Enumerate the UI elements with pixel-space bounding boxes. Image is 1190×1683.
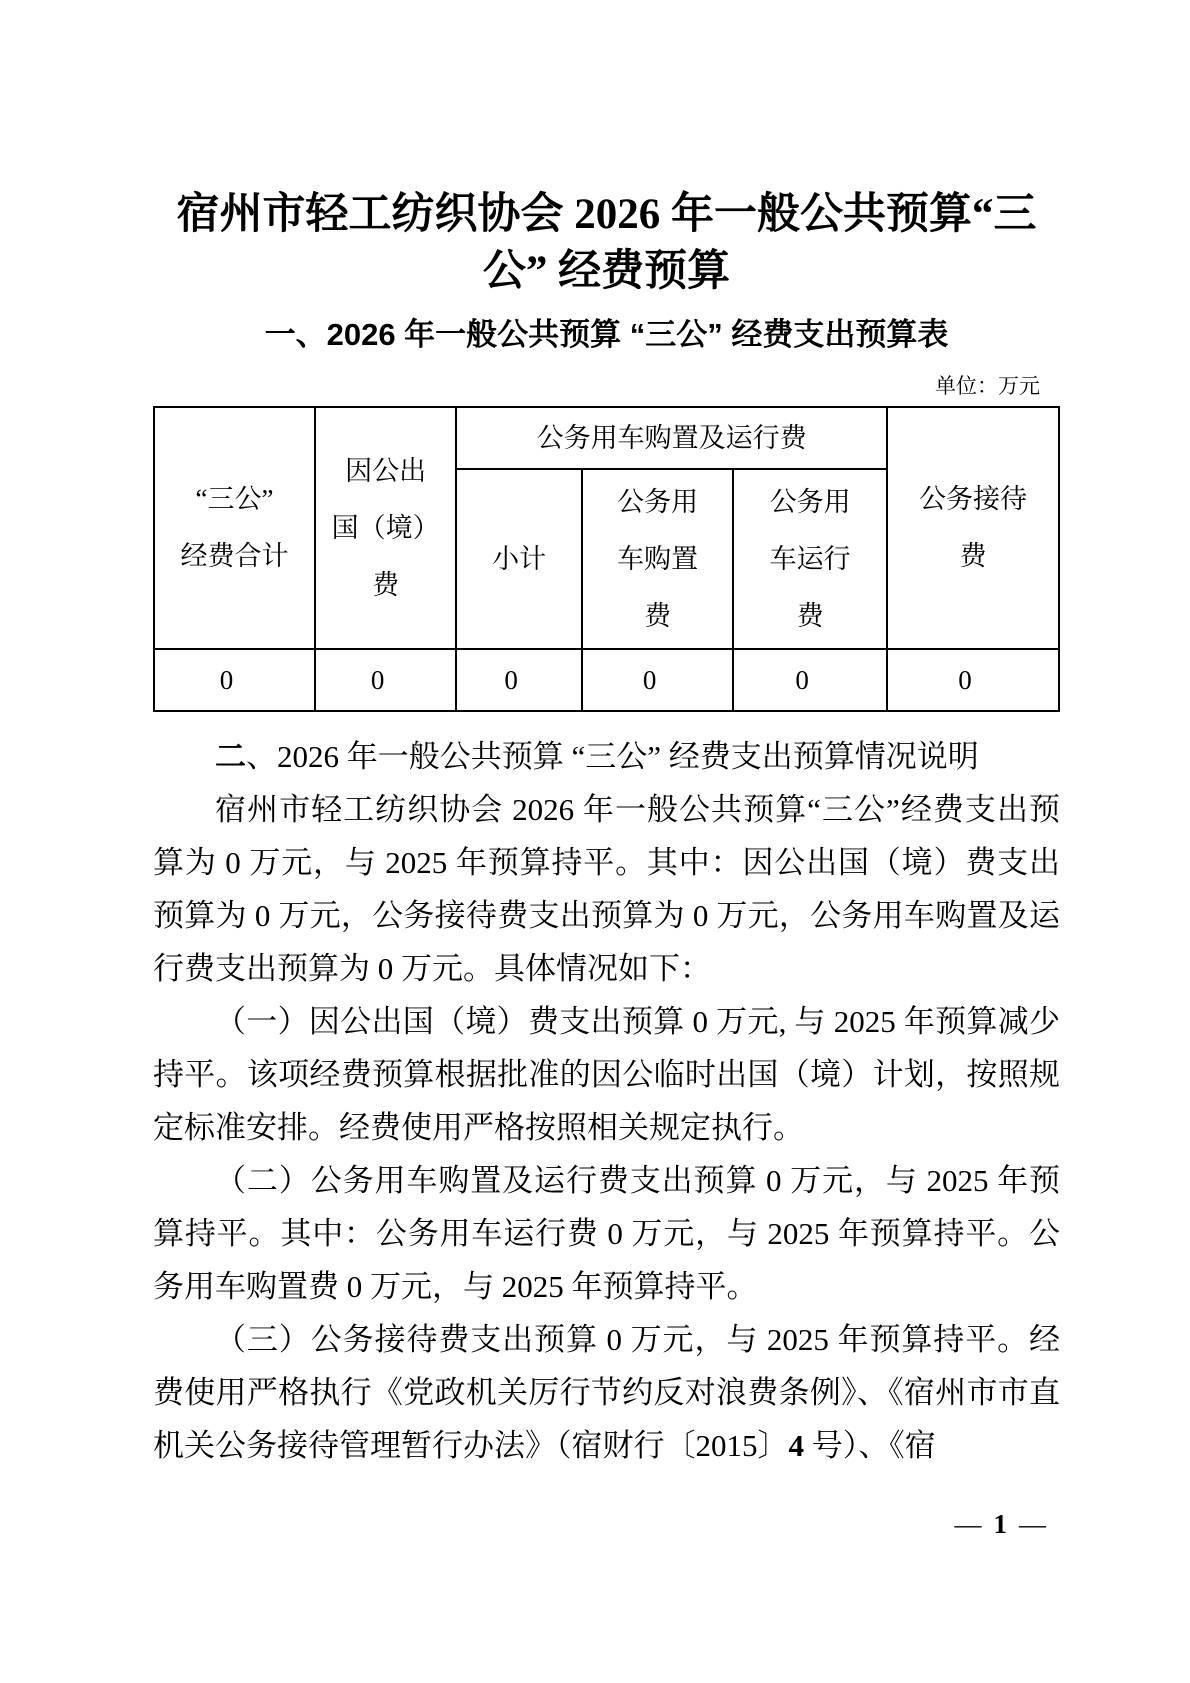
section-1-heading: 一、2026 年一般公共预算 “三公” 经费支出预算表	[153, 314, 1060, 356]
paragraph-4-doc-number: 4	[789, 1428, 805, 1463]
value-reception-fee: 0	[887, 649, 1059, 711]
page-number-right-dash: —	[1019, 1509, 1046, 1539]
value-subtotal: 0	[456, 649, 582, 711]
paragraph-4: （三）公务接待费支出预算 0 万元，与 2025 年预算持平。经费使用严格执行《…	[153, 1313, 1060, 1472]
title-line-1: 宿州市轻工纺织协会 2026 年一般公共预算“三	[177, 191, 1037, 238]
page-number: —1—	[153, 1508, 1060, 1540]
section-2-heading-text: 、2026 年一般公共预算 “三公” 经费支出预算情况说明	[246, 739, 979, 774]
header-reception-fee: 公务接待费	[887, 407, 1059, 649]
paragraph-3: （二）公务用车购置及运行费支出预算 0 万元，与 2025 年预算持平。其中：公…	[153, 1154, 1060, 1313]
section-2-number: 二	[215, 739, 246, 774]
value-vehicle-purchase: 0	[582, 649, 733, 711]
paragraph-1: 宿州市轻工纺织协会 2026 年一般公共预算“三公”经费支出预算为 0 万元，与…	[153, 783, 1060, 995]
header-vehicle-group: 公务用车购置及运行费	[456, 407, 887, 469]
budget-table: “三公”经费合计 因公出国（境）费 公务用车购置及运行费 公务接待费 小计 公务…	[153, 406, 1060, 712]
document-page: 宿州市轻工纺织协会 2026 年一般公共预算“三 公” 经费预算 一、2026 …	[0, 0, 1190, 1683]
table-data-row: 0 0 0 0 0 0	[154, 649, 1059, 711]
page-number-left-dash: —	[955, 1509, 982, 1539]
value-sangong-total: 0	[154, 649, 315, 711]
header-sangong-total: “三公”经费合计	[154, 407, 315, 649]
unit-label: 单位：万元	[153, 372, 1060, 400]
title-line-2: 公” 经费预算	[483, 248, 730, 295]
page-number-value: 1	[994, 1509, 1008, 1539]
value-vehicle-operation: 0	[733, 649, 887, 711]
value-abroad-fee: 0	[315, 649, 456, 711]
paragraph-2: （一）因公出国（境）费支出预算 0 万元, 与 2025 年预算减少持平。该项经…	[153, 995, 1060, 1154]
header-abroad-fee: 因公出国（境）费	[315, 407, 456, 649]
header-subtotal: 小计	[456, 469, 582, 649]
paragraph-4-text-end: 号）、《宿	[804, 1428, 936, 1463]
document-title: 宿州市轻工纺织协会 2026 年一般公共预算“三 公” 经费预算	[153, 0, 1060, 300]
table-header-row-1: “三公”经费合计 因公出国（境）费 公务用车购置及运行费 公务接待费	[154, 407, 1059, 469]
section-2-heading: 二、2026 年一般公共预算 “三公” 经费支出预算情况说明	[153, 730, 1060, 783]
header-vehicle-operation: 公务用车运行费	[733, 469, 887, 649]
document-content: 宿州市轻工纺织协会 2026 年一般公共预算“三 公” 经费预算 一、2026 …	[153, 0, 1060, 1540]
header-vehicle-purchase: 公务用车购置费	[582, 469, 733, 649]
